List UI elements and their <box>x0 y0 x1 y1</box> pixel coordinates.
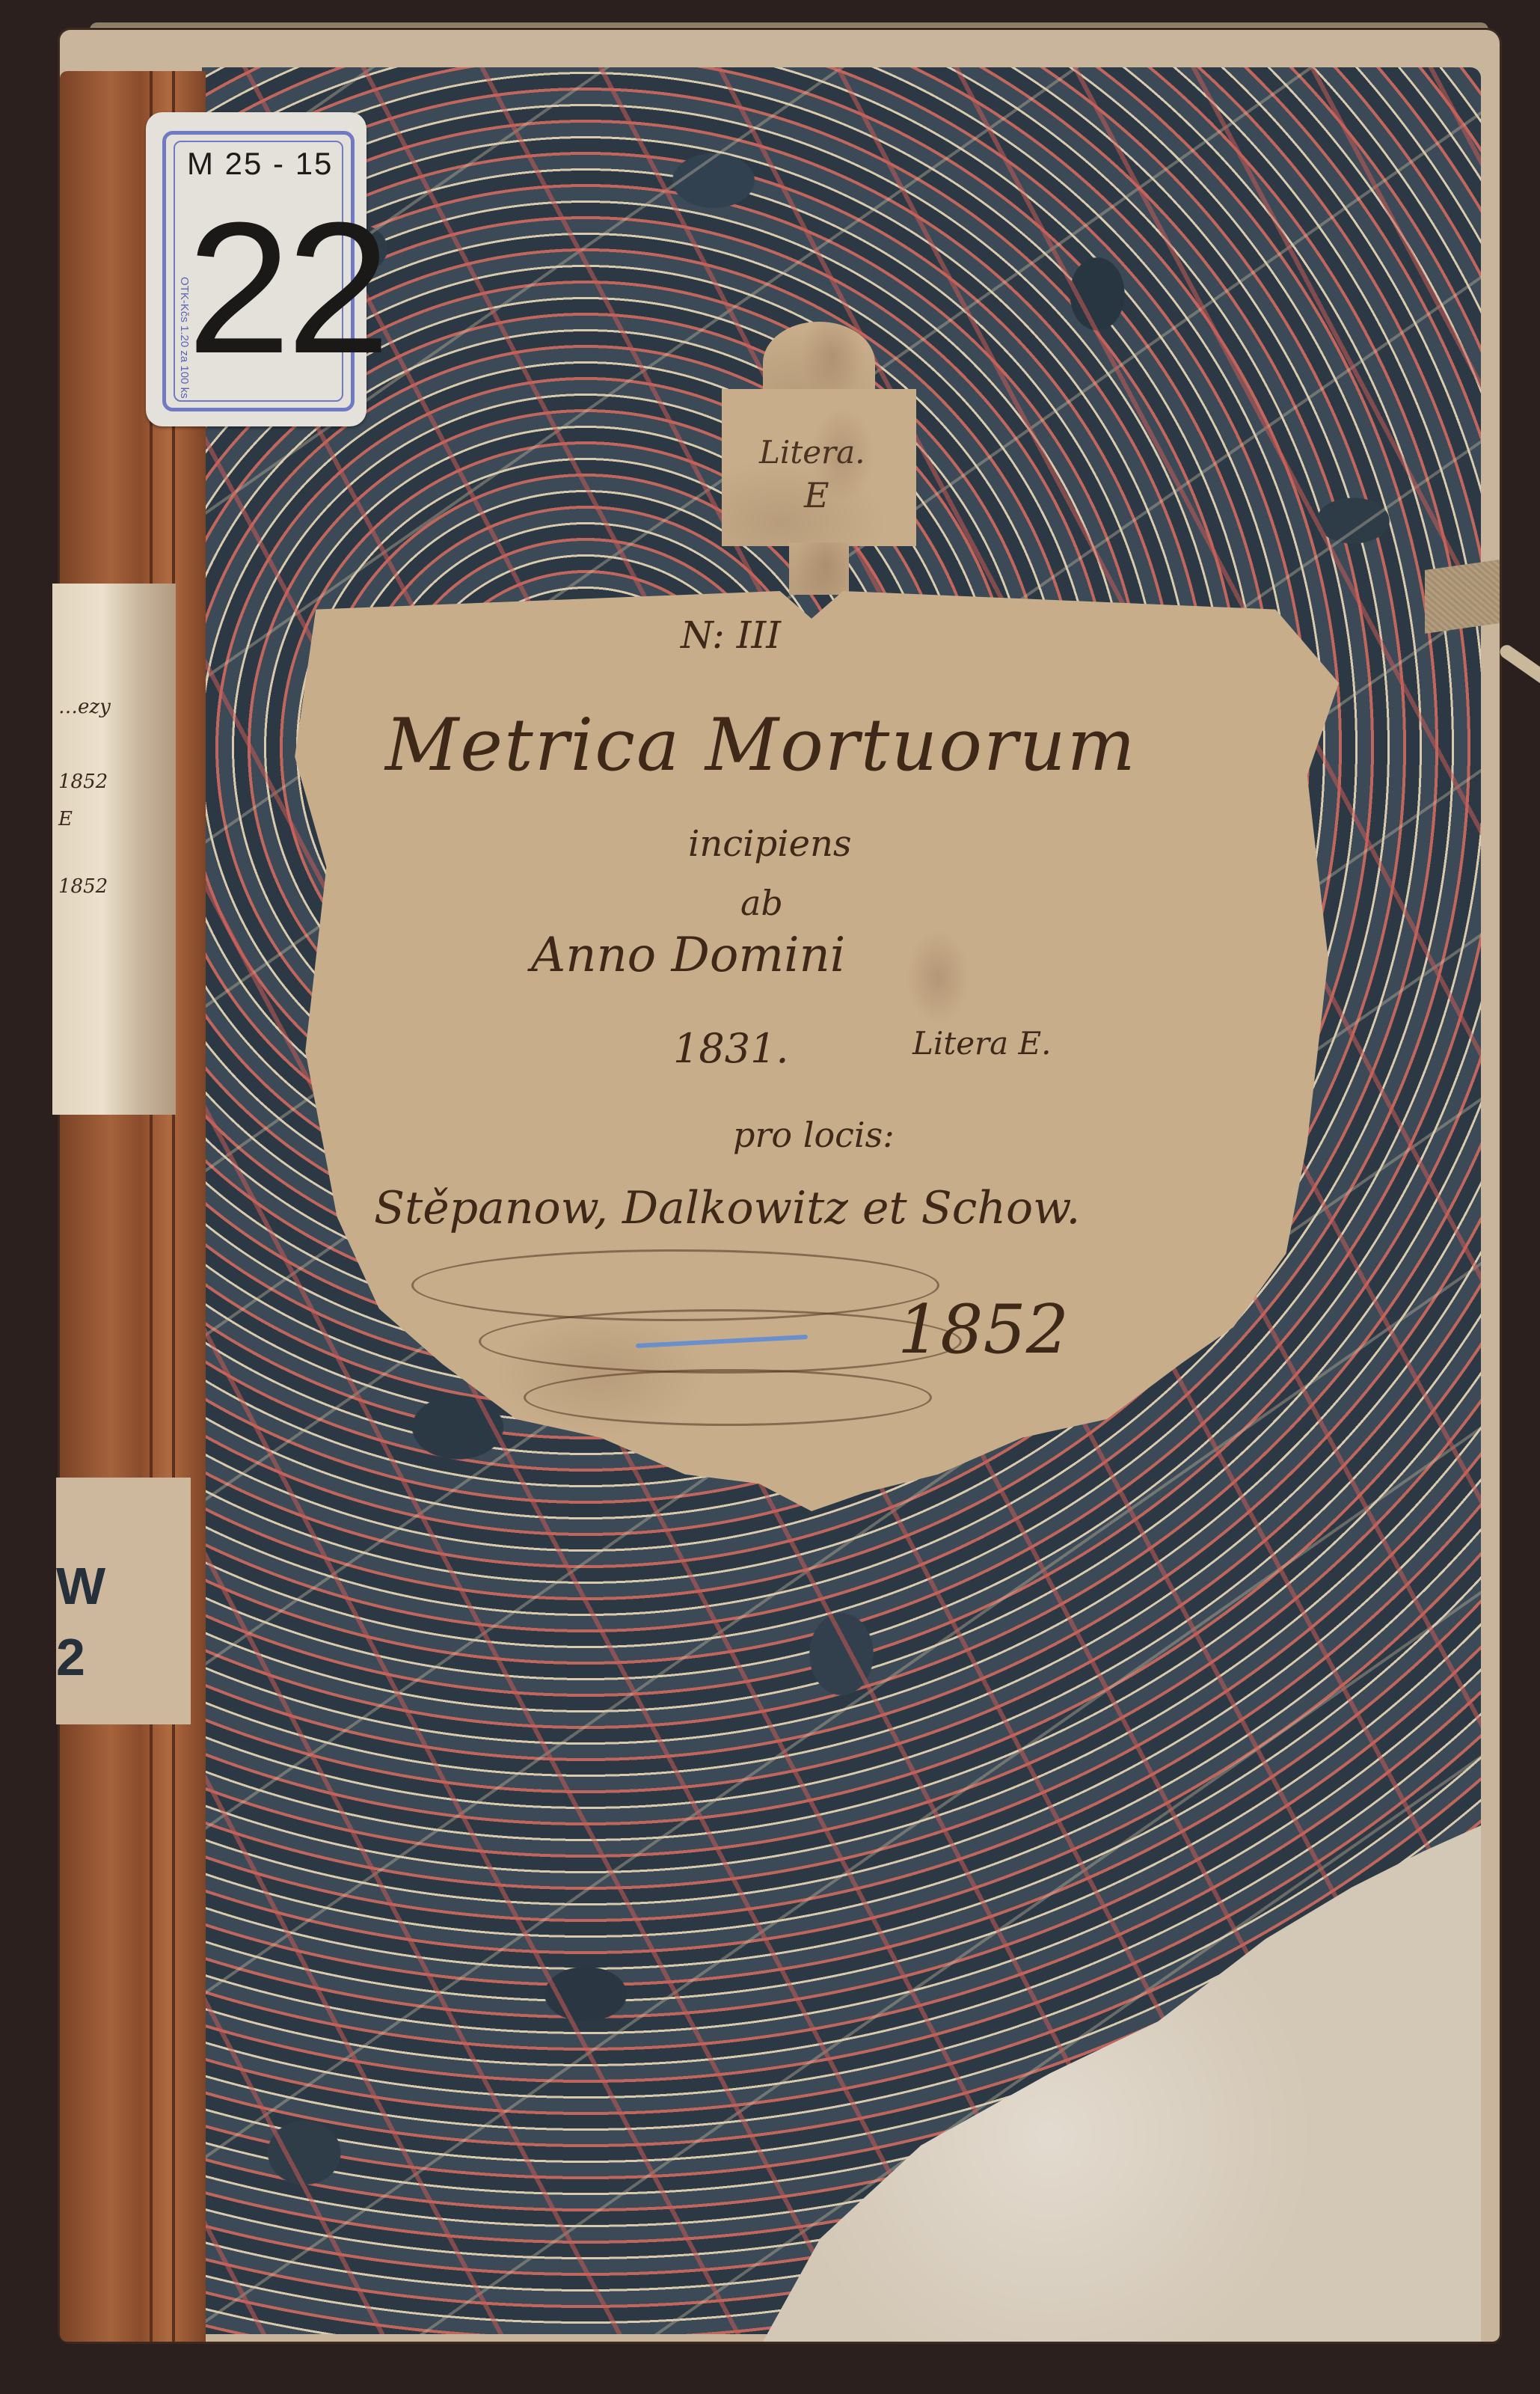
cloth-strap <box>1425 560 1500 634</box>
litera-text: Litera. <box>759 434 865 471</box>
pen-flourish <box>524 1369 932 1426</box>
spine-letter: W <box>56 1556 105 1616</box>
label-print-text: OTK-Kčs 1.20 za 100 ks <box>178 277 191 399</box>
spine-digit: 2 <box>56 1627 85 1687</box>
register-title: Metrica Mortuorum <box>385 703 1137 787</box>
litera-letter: E <box>804 475 829 515</box>
spine-text: 1852 <box>58 771 108 793</box>
archive-code: M 25 - 15 <box>187 146 333 182</box>
blue-pencil-year: 1852 <box>898 1291 1069 1369</box>
tab-stem <box>789 542 849 595</box>
start-year: 1831. <box>673 1025 789 1072</box>
spine-text: 1852 <box>58 875 108 898</box>
spine-text: …ezy <box>58 696 111 718</box>
archive-label: M 25 - 15 22 OTK-Kčs 1.20 za 100 ks <box>146 112 366 426</box>
spine-label-upper: …ezy 1852 E 1852 <box>52 584 176 1115</box>
place-names: Stěpanow, Dalkowitz et Schow. <box>374 1182 1080 1234</box>
litera-note: Litera E. <box>912 1025 1052 1062</box>
spine-text: E <box>58 808 73 830</box>
litera-tab: Litera. E <box>722 389 916 546</box>
text-pro-locis: pro locis: <box>733 1115 895 1155</box>
tie-string <box>1497 643 1540 688</box>
text-ab: ab <box>740 883 783 923</box>
volume-number: N: III <box>681 613 781 657</box>
text-anno-domini: Anno Domini <box>531 928 845 983</box>
spine-label-lower: W 2 <box>56 1478 191 1724</box>
archive-number: 22 <box>187 195 386 382</box>
text-incipiens: incipiens <box>688 823 852 865</box>
